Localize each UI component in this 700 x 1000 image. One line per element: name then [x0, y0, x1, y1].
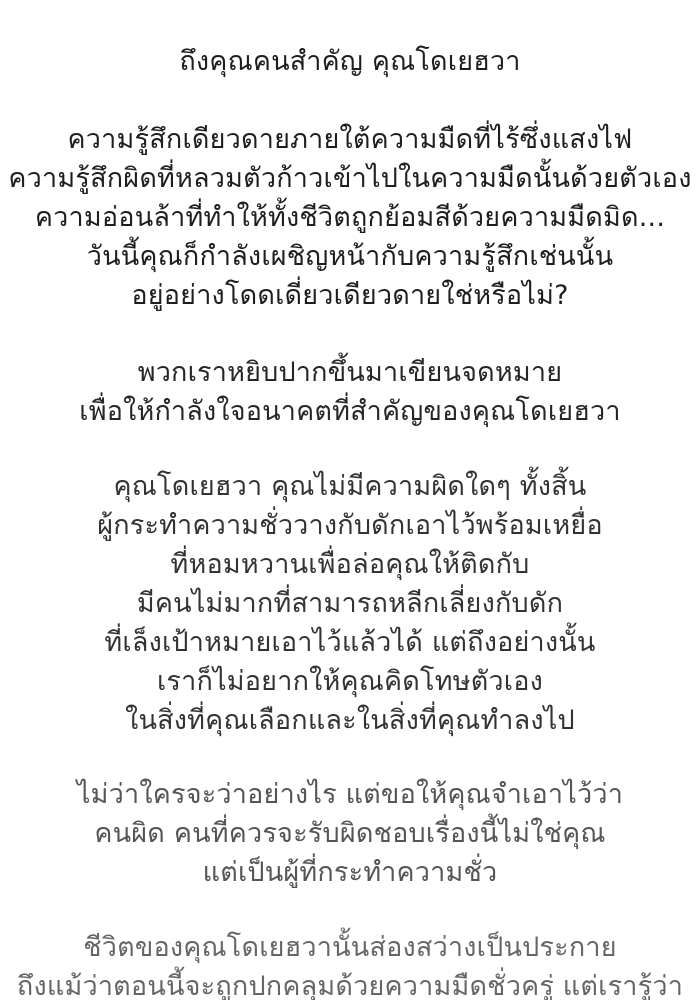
text-line: ไม่ว่าใครจะว่าอย่างไร แต่ขอให้คุณจำเอาไว… [0, 775, 700, 814]
text-line: ความรู้สึกเดียวดายภายใต้ความมืดที่ไร้ซึ่… [0, 120, 700, 159]
text-line: วันนี้คุณก็กำลังเผชิญหน้ากับความรู้สึกเช… [0, 237, 700, 276]
text-line: ความรู้สึกผิดที่หลวมตัวก้าวเข้าไปในความม… [0, 159, 700, 198]
text-line: ที่หอมหวานเพื่อล่อคุณให้ติดกับ [0, 545, 700, 584]
text-line: อยู่อย่างโดดเดี่ยวเดียวดายใช่หรือไม่? [0, 276, 700, 315]
text-line: พวกเราหยิบปากขึ้นมาเขียนจดหมาย [0, 353, 700, 392]
text-line: คนผิด คนที่ควรจะรับผิดชอบเรื่องนี้ไม่ใช่… [0, 814, 700, 853]
text-line: ในสิ่งที่คุณเลือกและในสิ่งที่คุณทำลงไป [0, 701, 700, 740]
text-line: เพื่อให้กำลังใจอนาคตที่สำคัญของคุณโดเยฮว… [0, 392, 700, 431]
letter-title: ถึงคุณคนสำคัญ คุณโดเยฮวา [0, 42, 700, 81]
paragraph-writing-letter: พวกเราหยิบปากขึ้นมาเขียนจดหมาย เพื่อให้ก… [0, 353, 700, 431]
text-line: ถึงแม้ว่าตอนนี้จะถูกปกคลุมด้วยความมืดชั่… [0, 967, 700, 1000]
text-line: ความอ่อนล้าที่ทำให้ทั้งชีวิตถูกย้อมสีด้ว… [0, 198, 700, 237]
letter-body: ถึงคุณคนสำคัญ คุณโดเยฮวา ความรู้สึกเดียว… [0, 42, 700, 1000]
text-line: คุณโดเยฮวา คุณไม่มีความผิดใดๆ ทั้งสิ้น [0, 467, 700, 506]
paragraph-not-your-fault: คุณโดเยฮวา คุณไม่มีความผิดใดๆ ทั้งสิ้น ผ… [0, 467, 700, 740]
text-line: เราก็ไม่อยากให้คุณคิดโทษตัวเอง [0, 662, 700, 701]
paragraph-loneliness: ความรู้สึกเดียวดายภายใต้ความมืดที่ไร้ซึ่… [0, 120, 700, 315]
text-line: ชีวิตของคุณโดเยฮวานั้นส่องสว่างเป็นประกา… [0, 928, 700, 967]
letter-page: ถึงคุณคนสำคัญ คุณโดเยฮวา ความรู้สึกเดียว… [0, 0, 700, 1000]
paragraph-shining-life: ชีวิตของคุณโดเยฮวานั้นส่องสว่างเป็นประกา… [0, 928, 700, 1000]
text-line: แต่เป็นผู้ที่กระทำความชั่ว [0, 853, 700, 892]
paragraph-remember-this: ไม่ว่าใครจะว่าอย่างไร แต่ขอให้คุณจำเอาไว… [0, 775, 700, 892]
text-line: ผู้กระทำความชั่ววางกับดักเอาไว้พร้อมเหยื… [0, 506, 700, 545]
text-line: ที่เล็งเป้าหมายเอาไว้แล้วได้ แต่ถึงอย่าง… [0, 623, 700, 662]
text-line: มีคนไม่มากที่สามารถหลีกเลี่ยงกับดัก [0, 584, 700, 623]
